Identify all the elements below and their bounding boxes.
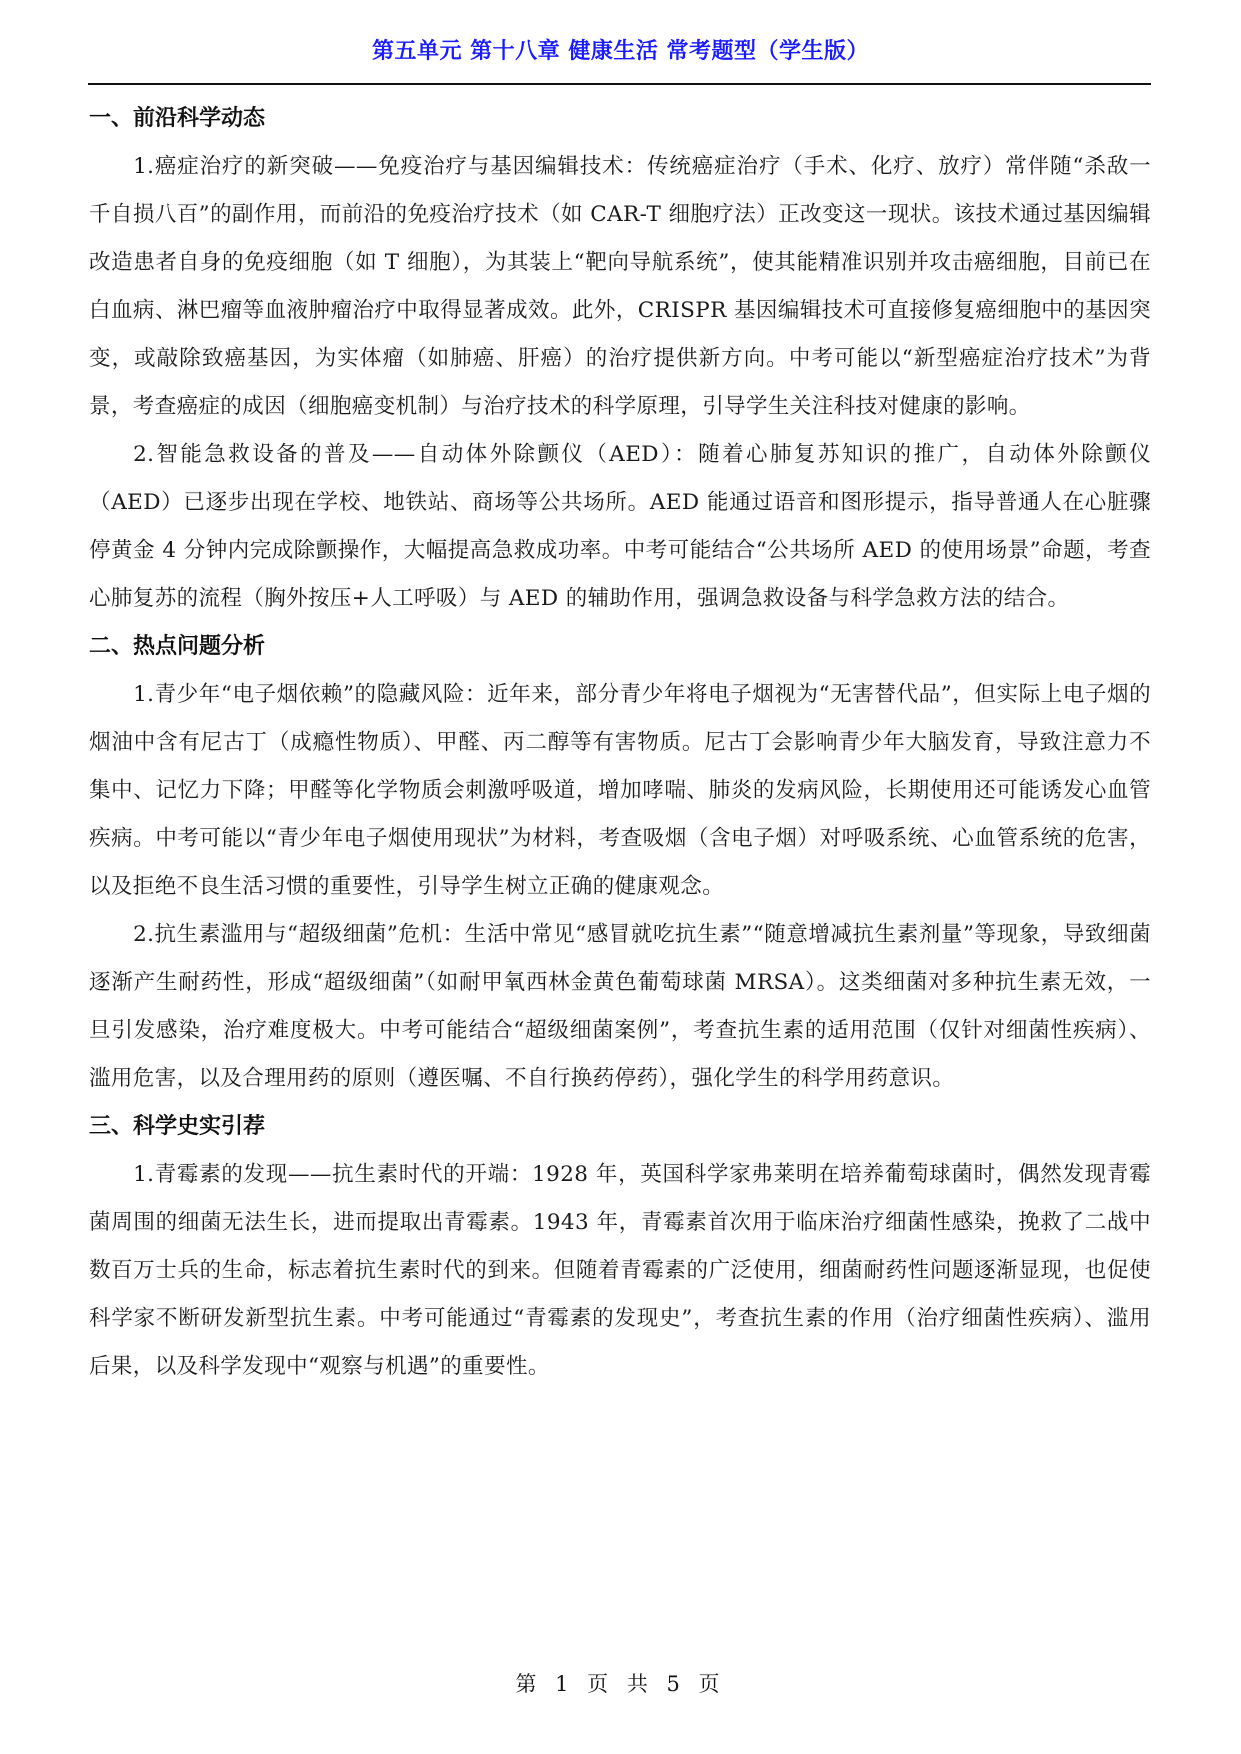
page-header-title: 第五单元 第十八章 健康生活 常考题型（学生版） — [0, 34, 1241, 65]
paragraph-antibiotic-abuse: 2.抗生素滥用与“超级细菌”危机：生活中常见“感冒就吃抗生素”“随意增减抗生素剂… — [89, 911, 1151, 1103]
paragraph-cancer-therapy: 1.癌症治疗的新突破——免疫治疗与基因编辑技术：传统癌症治疗（手术、化疗、放疗）… — [89, 143, 1151, 431]
section-science-history: 三、科学史实引荐 1.青霉素的发现——抗生素时代的开端：1928 年，英国科学家… — [89, 1103, 1151, 1391]
paragraph-e-cigarette: 1.青少年“电子烟依赖”的隐藏风险：近年来，部分青少年将电子烟视为“无害替代品”… — [89, 671, 1151, 911]
page-number: 第 1 页 共 5 页 — [0, 1668, 1241, 1698]
paragraph-penicillin: 1.青霉素的发现——抗生素时代的开端：1928 年，英国科学家弗莱明在培养葡萄球… — [89, 1151, 1151, 1391]
document-body: 一、前沿科学动态 1.癌症治疗的新突破——免疫治疗与基因编辑技术：传统癌症治疗（… — [89, 95, 1151, 1391]
section-heading: 三、科学史实引荐 — [89, 1103, 1151, 1151]
section-heading: 一、前沿科学动态 — [89, 95, 1151, 143]
section-hot-issues: 二、热点问题分析 1.青少年“电子烟依赖”的隐藏风险：近年来，部分青少年将电子烟… — [89, 623, 1151, 1103]
paragraph-aed: 2.智能急救设备的普及——自动体外除颤仪（AED）：随着心肺复苏知识的推广，自动… — [89, 431, 1151, 623]
section-heading: 二、热点问题分析 — [89, 623, 1151, 671]
header-divider — [88, 83, 1151, 85]
section-frontier-science: 一、前沿科学动态 1.癌症治疗的新突破——免疫治疗与基因编辑技术：传统癌症治疗（… — [89, 95, 1151, 623]
